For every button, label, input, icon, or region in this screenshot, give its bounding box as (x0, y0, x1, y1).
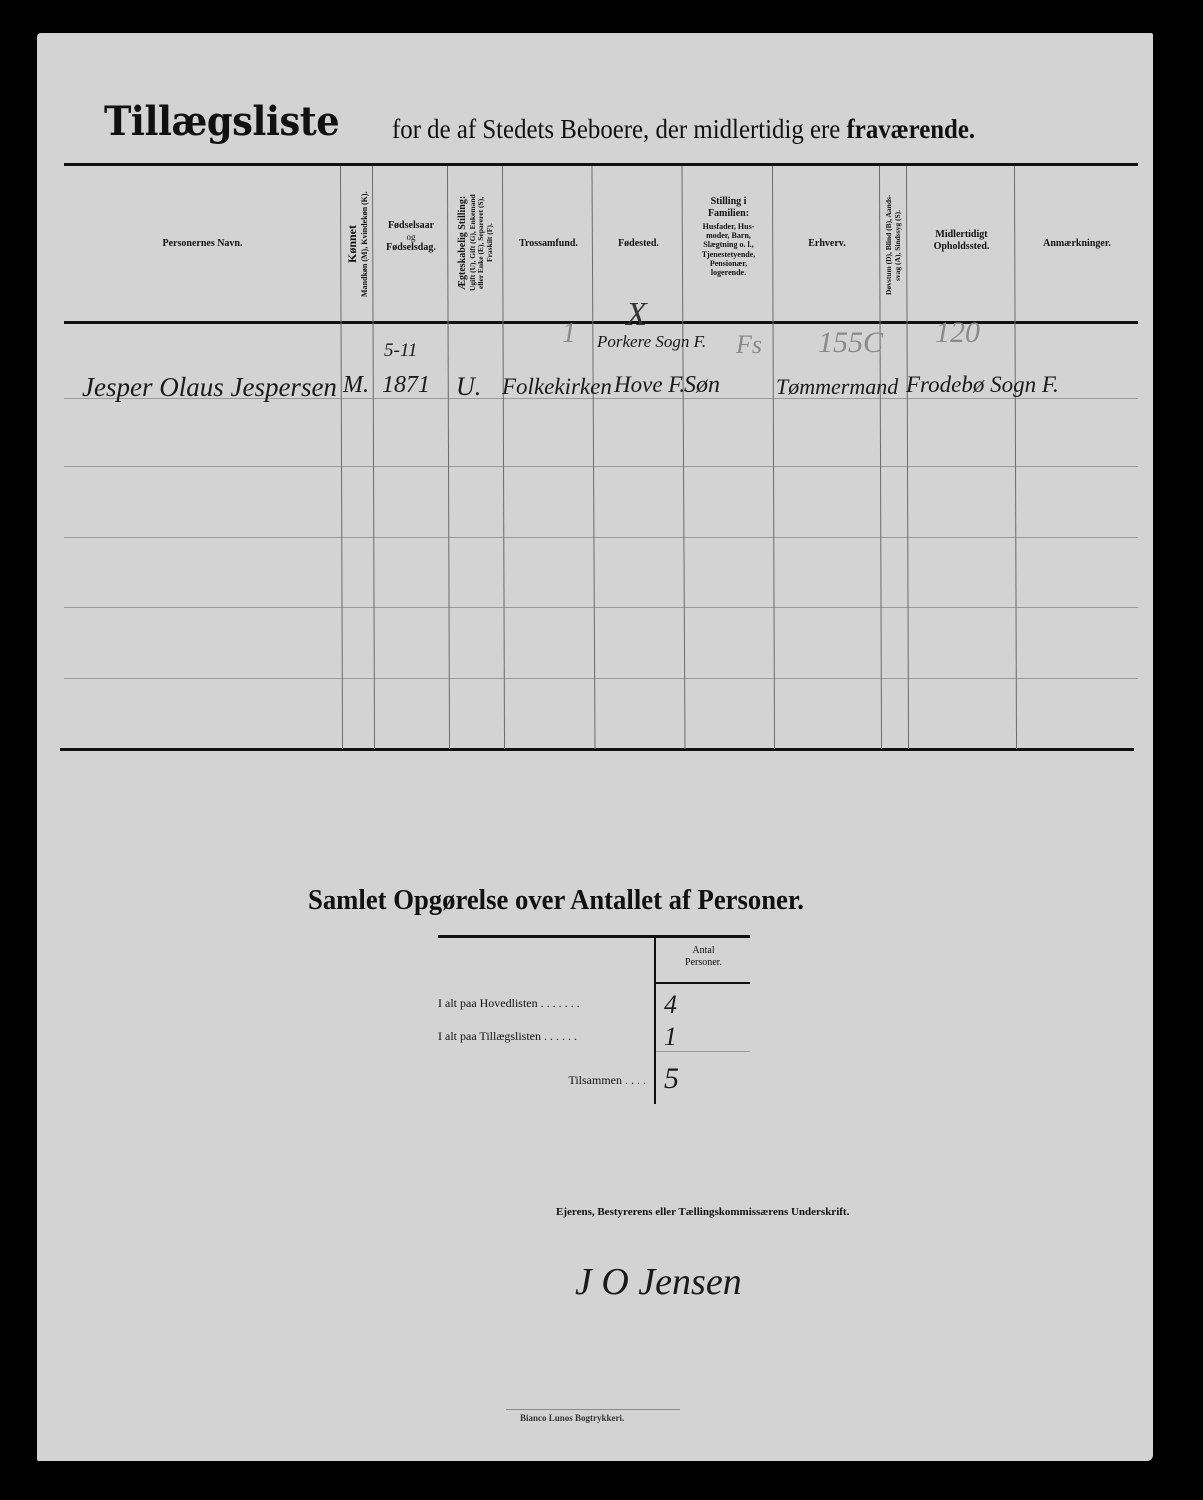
table-top-rule (64, 163, 1138, 166)
summary-col-header-line2: Personer. (657, 957, 750, 969)
header-family-line6: Tjenestetyende, (684, 250, 773, 259)
header-name: Personernes Navn. (64, 238, 341, 250)
summary-top-rule (438, 935, 750, 938)
cell-birthplace-note: Porkere Sogn F. (597, 332, 706, 352)
header-birth-line1: Fødselsaar (374, 220, 448, 232)
header-occupation: Erhverv. (774, 238, 880, 250)
header-family-line5: Slægtning o. l., (684, 240, 773, 249)
header-marital-line4: Fraskilt (F). (486, 168, 495, 318)
summary-value-supplement-list: 1 (664, 1022, 677, 1052)
table-bottom-rule (60, 748, 1134, 751)
row-divider (64, 678, 1138, 679)
cell-birth-year: 1871 (382, 372, 430, 399)
summary-column-rule (654, 938, 656, 1104)
cell-name: Jesper Olaus Jespersen (82, 372, 337, 403)
summary-title: Samlet Opgørelse over Antallet af Person… (308, 884, 804, 917)
header-sex-title: Kønnet (346, 170, 360, 318)
summary-header-rule (656, 982, 750, 984)
pencil-mark-religion: 1 (562, 318, 576, 350)
printer-imprint: Bianco Lunos Bogtrykkeri. (520, 1413, 624, 1423)
pencil-mark-occupation: 155C (818, 326, 883, 360)
signature: J O Jensen (575, 1260, 742, 1304)
header-family-line7: Pensionær, (684, 259, 773, 268)
summary-col-header: Antal Personer. (657, 945, 750, 968)
header-temp-line1: Midlertidigt (908, 229, 1015, 241)
header-family-position: Stilling i Familien: Husfader, Hus- mode… (684, 196, 773, 277)
header-family-line1: Stilling i (684, 196, 773, 208)
header-birth-line2: og (374, 232, 448, 242)
header-family-line4: moder, Barn, (684, 231, 773, 240)
signature-caption: Ejerens, Bestyrerens eller Tællingskommi… (556, 1206, 849, 1218)
pencil-mark-birthplace: X (626, 296, 647, 334)
summary-label-supplement-list: I alt paa Tillægslisten . . . . . . (438, 1029, 646, 1044)
cell-family-position: Søn (684, 372, 720, 399)
header-birth: Fødselsaar og Fødselsdag. (374, 220, 448, 253)
header-sex-sub: Mandkøn (M), Kvindekøn (K). (360, 170, 369, 318)
header-family-line8: logerende. (684, 268, 773, 277)
row-divider (64, 537, 1138, 538)
subtitle-prefix: for de af Stedets Beboere, der midlertid… (392, 114, 840, 144)
header-sex: Kønnet Mandkøn (M), Kvindekøn (K). (342, 170, 373, 318)
row-divider (64, 607, 1138, 608)
header-remarks: Anmærkninger. (1016, 238, 1138, 250)
form-subtitle: for de af Stedets Beboere, der midlertid… (392, 112, 975, 146)
subtitle-emphasis: fraværende. (847, 114, 976, 144)
cell-temp-residence: Frodebø Sogn F. (906, 372, 1059, 398)
summary-col-header-line1: Antal (657, 945, 750, 957)
header-religion: Trossamfund. (504, 238, 593, 250)
header-birthplace: Fødested. (594, 238, 683, 250)
header-disability: Døvstum (D), Blind (B), Aands- svag (A),… (881, 170, 907, 320)
cell-birthplace: Hove F. (614, 372, 685, 398)
cell-occupation: Tømmermand (776, 374, 898, 400)
cell-birth-date: 5-11 (384, 340, 417, 362)
header-family-line2: Familien: (684, 208, 773, 220)
row-divider (64, 466, 1138, 467)
header-temp-residence: Midlertidigt Opholdssted. (908, 229, 1015, 252)
printer-rule (506, 1409, 680, 1410)
header-family-line3: Husfader, Hus- (684, 222, 773, 231)
form-title: Tillægsliste (104, 98, 339, 146)
header-disability-line2: svag (A), Sindssyg (S). (894, 170, 903, 320)
header-temp-line2: Opholdssted. (908, 241, 1015, 253)
pencil-mark-temp-residence: 120 (935, 316, 980, 350)
header-marital: Ægteskabelig Stilling: Ugift (U), Gift (… (449, 168, 503, 318)
cell-marital: U. (456, 372, 481, 402)
summary-label-main-list: I alt paa Hovedlisten . . . . . . . (438, 996, 646, 1011)
cell-sex: M. (343, 372, 369, 399)
header-birth-line3: Fødselsdag. (374, 242, 448, 254)
pencil-mark-family: Fs (736, 330, 762, 360)
summary-label-total: Tilsammen . . . . (438, 1073, 646, 1088)
summary-value-total: 5 (664, 1062, 679, 1096)
cell-religion: Folkekirken (502, 374, 612, 400)
summary-value-main-list: 4 (664, 990, 677, 1020)
